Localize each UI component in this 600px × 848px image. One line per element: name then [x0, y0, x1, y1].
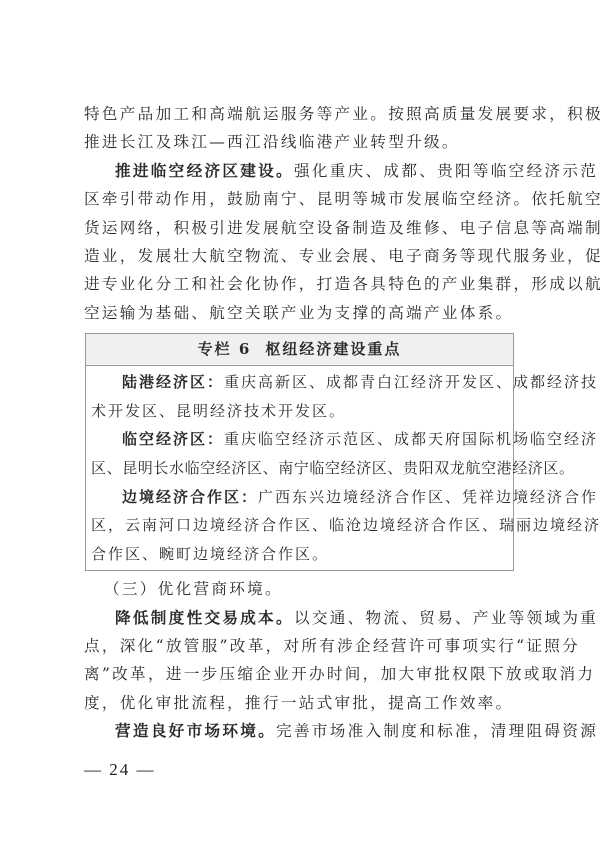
feature-box-hub-economy: 专栏 6枢纽经济建设重点 陆港经济区：重庆高新区、成都青白江经济开发区、成都经济… [85, 333, 514, 571]
box-title: 枢纽经济建设重点 [265, 340, 401, 358]
paragraph-transaction-cost: 降低制度性交易成本。以交通、物流、贸易、产业等领域为重 点，深化“放管服”改革，… [84, 604, 516, 718]
text-line: 区，云南河口边境经济合作区、临沧边境经济合作区、瑞丽边境经济 [91, 511, 507, 540]
text-line: 陆港经济区：重庆高新区、成都青白江经济开发区、成都经济技 [91, 368, 507, 397]
box-header: 专栏 6枢纽经济建设重点 [86, 334, 513, 366]
text-line: 空运输为基础、航空关联产业为支撑的高端产业体系。 [84, 299, 516, 327]
paragraph-port-industry: 特色产品加工和高端航运服务等产业。按照高质量发展要求，积极 推进长江及珠江—西江… [84, 100, 516, 157]
document-page: 特色产品加工和高端航运服务等产业。按照高质量发展要求，积极 推进长江及珠江—西江… [84, 100, 516, 746]
text-line: 临空经济区：重庆临空经济示范区、成都天府国际机场临空经济 [91, 425, 507, 454]
text-run: 以交通、物流、贸易、产业等领域为重 [294, 609, 598, 627]
text-line: 区牵引带动作用，鼓励南宁、昆明等城市发展临空经济。依托航空 [84, 185, 516, 213]
page-number: — 24 — [84, 760, 156, 780]
text-run: 重庆临空经济示范区、成都天府国际机场临空经济 [224, 430, 598, 448]
text-run: 重庆高新区、成都青白江经济开发区、成都经济技 [224, 373, 598, 391]
text-line: 离”改革，进一步压缩企业开办时间，加大审批权限下放或取消力 [84, 660, 516, 688]
text-line: 进专业化分工和社会化协作，打造各具特色的产业集群，形成以航 [84, 270, 516, 298]
text-run: 完善市场准入制度和标准，清理阻碍资源 [276, 722, 598, 740]
text-line: 特色产品加工和高端航运服务等产业。按照高质量发展要求，积极 [84, 100, 516, 128]
box-body: 陆港经济区：重庆高新区、成都青白江经济开发区、成都经济技 术开发区、昆明经济技术… [86, 366, 513, 570]
box-item-border-zone: 边境经济合作区：广西东兴边境经济合作区、凭祥边境经济合作 区，云南河口边境经济合… [91, 483, 507, 569]
box-label: 专栏 6 [198, 340, 252, 358]
text-line: 造业，发展壮大航空物流、专业会展、电子商务等现代服务业，促 [84, 242, 516, 270]
paragraph-heading: 降低制度性交易成本。 [115, 608, 294, 627]
box-item-land-port: 陆港经济区：重庆高新区、成都青白江经济开发区、成都经济技 术开发区、昆明经济技术… [91, 368, 507, 425]
text-line: 区、昆明长水临空经济区、南宁临空经济区、贵阳双龙航空港经济区。 [91, 454, 507, 483]
item-heading: 临空经济区： [122, 430, 224, 448]
text-line: 术开发区、昆明经济技术开发区。 [91, 397, 507, 426]
text-line: 降低制度性交易成本。以交通、物流、贸易、产业等领域为重 [84, 604, 516, 632]
text-run: 强化重庆、成都、贵阳等临空经济示范 [294, 162, 598, 180]
section-heading: （三）优化营商环境。 [84, 575, 516, 603]
text-line: 点，深化“放管服”改革，对所有涉企经营许可事项实行“证照分 [84, 632, 516, 660]
paragraph-market-environment: 营造良好市场环境。完善市场准入制度和标准，清理阻碍资源 [84, 717, 516, 745]
text-line: 推进临空经济区建设。强化重庆、成都、贵阳等临空经济示范 [84, 157, 516, 185]
text-line: 营造良好市场环境。完善市场准入制度和标准，清理阻碍资源 [84, 717, 516, 745]
item-heading: 边境经济合作区： [122, 488, 258, 506]
paragraph-airport-economy: 推进临空经济区建设。强化重庆、成都、贵阳等临空经济示范 区牵引带动作用，鼓励南宁… [84, 157, 516, 327]
text-line: 货运网络，积极引进发展航空设备制造及维修、电子信息等高端制 [84, 214, 516, 242]
text-line: 度，优化审批流程，推行一站式审批，提高工作效率。 [84, 689, 516, 717]
text-run: 广西东兴边境经济合作区、凭祥边境经济合作 [258, 488, 598, 506]
text-line: 合作区、畹町边境经济合作区。 [91, 540, 507, 569]
item-heading: 陆港经济区： [122, 373, 224, 391]
box-item-airport-zone: 临空经济区：重庆临空经济示范区、成都天府国际机场临空经济 区、昆明长水临空经济区… [91, 425, 507, 482]
text-line: 推进长江及珠江—西江沿线临港产业转型升级。 [84, 128, 516, 156]
text-line: 边境经济合作区：广西东兴边境经济合作区、凭祥边境经济合作 [91, 483, 507, 512]
paragraph-heading: 推进临空经济区建设。 [115, 161, 294, 180]
paragraph-heading: 营造良好市场环境。 [115, 721, 276, 740]
